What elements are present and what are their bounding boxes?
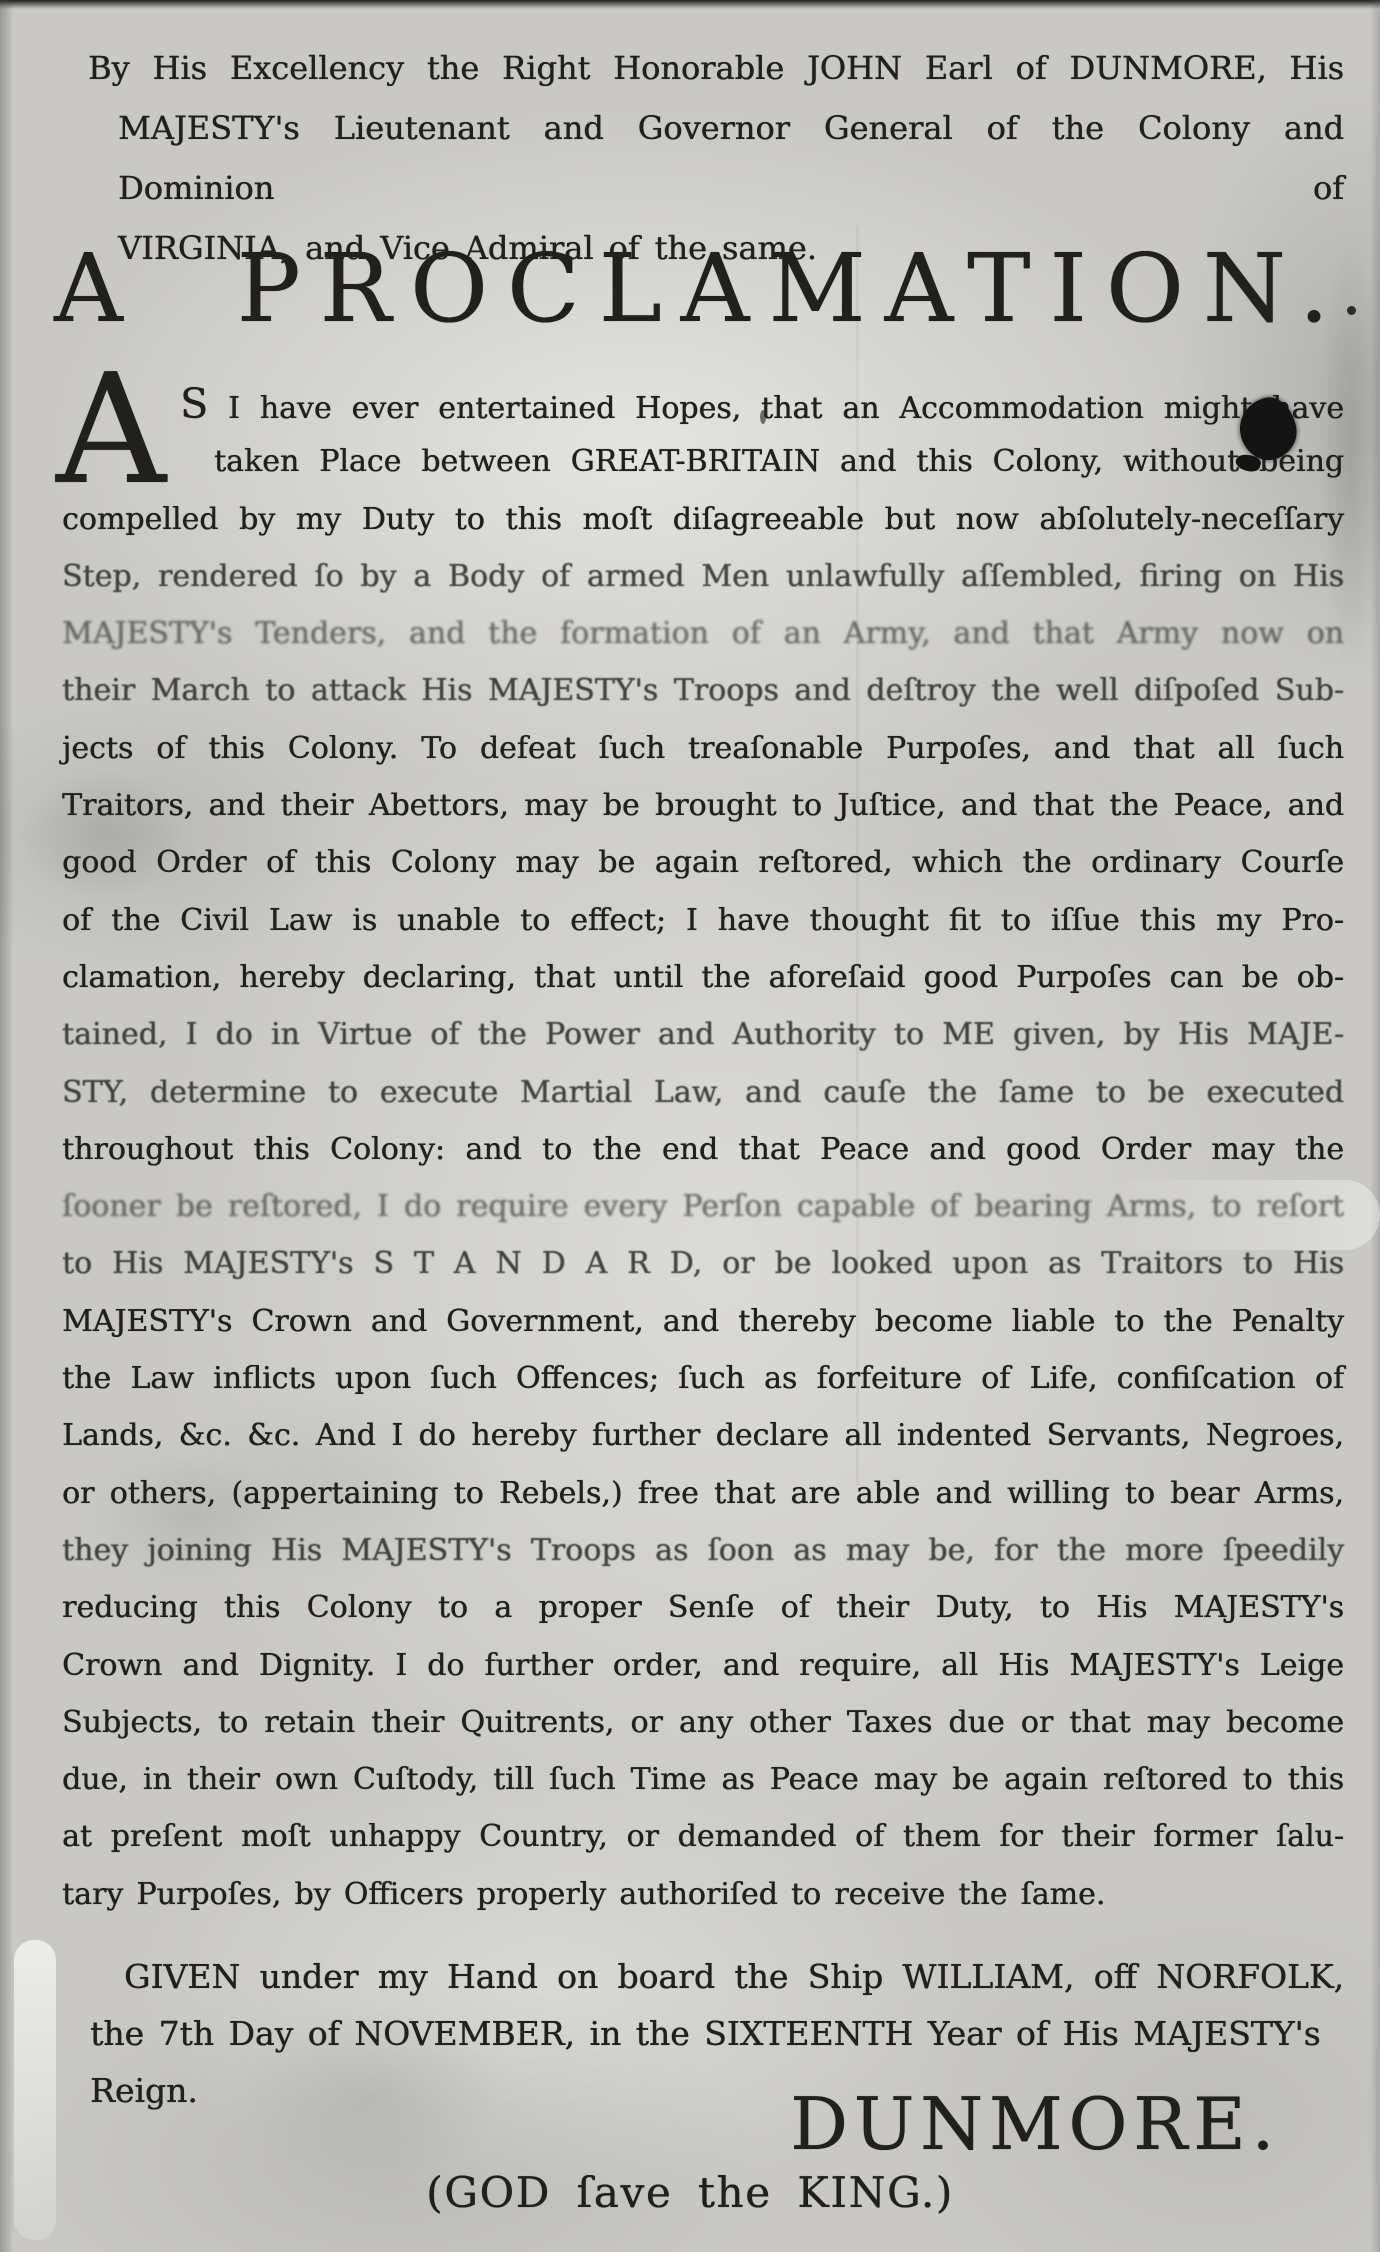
- proclamation-line: their March to attack His MAJESTY's Troo…: [62, 662, 1344, 719]
- header-line-2: MAJESTY's Lieutenant and Governor Genera…: [118, 98, 1344, 218]
- proclamation-line: throughout this Colony: and to the end t…: [62, 1121, 1344, 1178]
- proclamation-line: Step, rendered ſo by a Body of armed Men…: [62, 548, 1344, 605]
- header-line-1: By His Excellency the Right Honorable JO…: [88, 38, 1344, 98]
- ink-speck: [1347, 306, 1356, 315]
- closing-line: GIVEN under my Hand on board the Ship WI…: [62, 1948, 1344, 2005]
- proclamation-line: of the Civil Law is unable to effect; I …: [62, 892, 1344, 949]
- closing-block: GIVEN under my Hand on board the Ship WI…: [62, 1948, 1344, 2062]
- proclamation-line: the Law inflicts upon ſuch Offences; ſuc…: [62, 1350, 1344, 1407]
- proclamation-line: Subjects, to retain their Quitrents, or …: [62, 1694, 1344, 1751]
- proclamation-line: compelled by my Duty to this moſt diſagr…: [62, 491, 1344, 548]
- proclamation-line: due, in their own Cuſtody, till ſuch Tim…: [62, 1751, 1344, 1808]
- proclamation-line: taken Place between GREAT-BRITAIN and th…: [62, 433, 1344, 490]
- scan-edge-top: [0, 0, 1380, 9]
- proclamation-line: clamation, hereby declaring, that until …: [62, 949, 1344, 1006]
- proclamation-line: or others, (appertaining to Rebels,) fre…: [62, 1465, 1344, 1522]
- proclamation-line: Lands, &c. &c. And I do hereby further d…: [62, 1407, 1344, 1464]
- proclamation-line: MAJESTY's Tenders, and the formation of …: [62, 605, 1344, 662]
- scan-edge-right: [1370, 0, 1380, 2252]
- god-save-king-line: (GOD ſave the KING.): [0, 2172, 1380, 2214]
- proclamation-line: tary Purpoſes, by Officers properly auth…: [62, 1866, 1344, 1923]
- proclamation-line: reducing this Colony to a proper Senſe o…: [62, 1579, 1344, 1636]
- scan-edge-left: [0, 0, 14, 2252]
- proclamation-line: to His MAJESTY's S T A N D A R D, or be …: [62, 1235, 1344, 1292]
- proclamation-line: jects of this Colony. To defeat ſuch tre…: [62, 720, 1344, 777]
- proclamation-line: STY, determine to execute Martial Law, a…: [62, 1064, 1344, 1121]
- document-page: By His Excellency the Right Honorable JO…: [0, 0, 1380, 2252]
- signature-dunmore: DUNMORE.: [790, 2088, 1280, 2160]
- proclamation-line: at preſent moſt unhappy Country, or dema…: [62, 1808, 1344, 1865]
- proclamation-line: Traitors, and their Abettors, may be bro…: [62, 777, 1344, 834]
- proclamation-title: A PROCLAMATION.: [54, 236, 1348, 342]
- proclamation-line: they joining His MAJESTY's Troops as ſoo…: [62, 1522, 1344, 1579]
- proclamation-body: S I have ever entertained Hopes, that an…: [62, 376, 1344, 1923]
- proclamation-line: Crown and Dignity. I do further order, a…: [62, 1637, 1344, 1694]
- proclamation-line: good Order of this Colony may be again r…: [62, 834, 1344, 891]
- proclamation-line: tained, I do in Virtue of the Power and …: [62, 1006, 1344, 1063]
- proclamation-line: ſooner be reſtored, I do require every P…: [62, 1178, 1344, 1235]
- closing-line: the 7th Day of NOVEMBER, in the SIXTEENT…: [62, 2005, 1344, 2062]
- proclamation-line: S I have ever entertained Hopes, that an…: [62, 376, 1344, 433]
- proclamation-line: MAJESTY's Crown and Government, and ther…: [62, 1293, 1344, 1350]
